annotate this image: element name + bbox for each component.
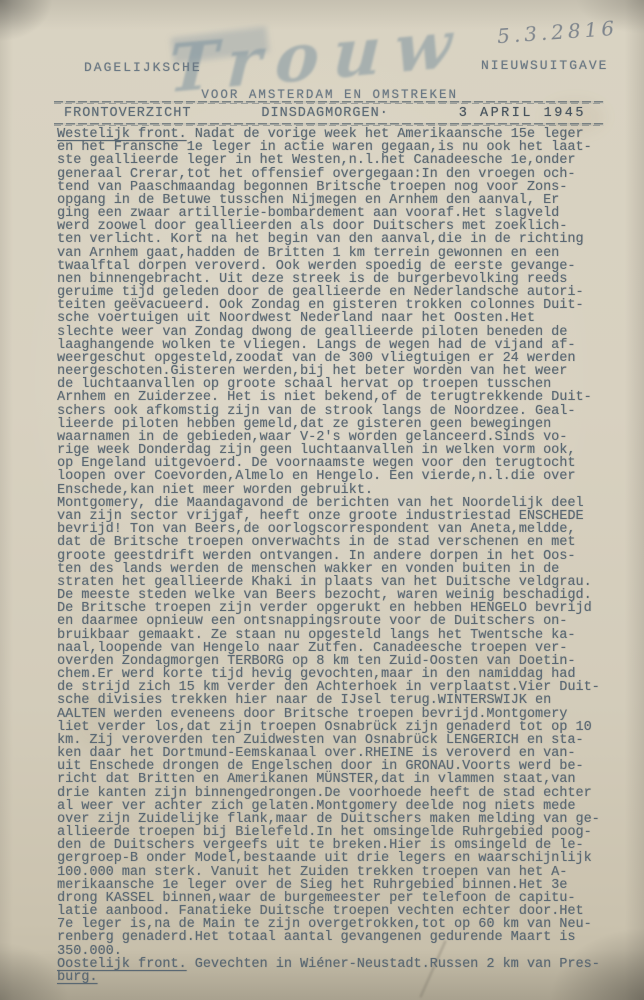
section-title-underlined: burg.: [57, 970, 98, 985]
body-text-line: AALTEN werden eveneens door Britsche tro…: [57, 708, 608, 721]
article-body: Westelijk front. Nadat de vorige week he…: [57, 128, 608, 984]
body-text-line: drie kanten zijn binnengedrongen.De voor…: [57, 787, 608, 800]
edition-header-row: FRONTOVERZICHT DINSDAGMORGEN· 3 APRIL 19…: [64, 106, 586, 121]
body-text-line: al weer ver achter zich gelaten.Montgome…: [57, 800, 608, 813]
body-text-line: loopen over Coevorden,Almelo en Hengelo.…: [57, 470, 608, 483]
body-text-line: naal,loopende van Hengelo naar Zutfen. C…: [57, 642, 608, 655]
body-text-line: 100.000 man sterk. Vanuit het Zuiden tre…: [57, 866, 608, 879]
scanned-newspaper-page: 5.3.2816 Trouw DAGELIJKSCHE NIEUWSUITGAV…: [0, 0, 644, 1000]
body-text-line: liet verder los,dat zijn troepen Osnabrü…: [57, 721, 608, 734]
body-text-line: renberg genaderd.Het totaal aantal gevan…: [57, 931, 608, 944]
body-text-line: richt dat Britten en Amerikanen MÜNSTER,…: [57, 773, 608, 786]
masthead-dagelijksche-label: DAGELIJKSCHE: [84, 60, 202, 75]
body-text-line: Enschede,kan niet meer worden gebruikt.: [57, 484, 608, 497]
body-text-line: sche voertuigen uit Noordwest Nederland …: [57, 312, 608, 325]
body-text-line: Arnhem en Zuiderzee. Het is niet bekend,…: [57, 391, 608, 404]
body-section-lead-line: Oostelijk front. Gevechten in Wiéner-Neu…: [57, 958, 608, 971]
body-text-line: lieerde piloten hebben gemeld,dat ze gis…: [57, 418, 608, 431]
masthead-subtitle: VOOR AMSTERDAM EN OMSTREKEN: [201, 88, 458, 102]
body-text-line: bruikbaar gemaakt. Ze staan nu opgesteld…: [57, 629, 608, 642]
masthead-nieuwsuitgave-label: NIEUWSUITGAVE: [481, 58, 608, 73]
header-date: 3 APRIL 1945: [459, 106, 586, 121]
body-text-line: merikaansche 1e leger over de Sieg het R…: [57, 879, 608, 892]
header-section-label: FRONTOVERZICHT: [64, 106, 191, 121]
body-text-line: laaghangende wolken te vliegen. Langs de…: [57, 339, 608, 352]
body-text-line: van Arnhem gaat,hadden de Britten 1 km t…: [57, 247, 608, 260]
body-text-line: groote geestdrift werden ontvangen. In a…: [57, 550, 608, 563]
body-text-line: twaalftal dorpen veroverd. Ook werden sp…: [57, 260, 608, 273]
body-text-line: en daarmee opnieuw een ontsnappingsroute…: [57, 615, 608, 628]
body-text-line: ten verlicht. Kort na het begin van den …: [57, 233, 608, 246]
body-text-line: sche divisies trekken hier naar de IJsel…: [57, 694, 608, 707]
header-edition-label: DINSDAGMORGEN·: [261, 106, 388, 121]
body-text-line: generaal Crerar,tot het offensief overge…: [57, 168, 608, 181]
body-text-line: slechte weer van Zondag dwong de geallie…: [57, 326, 608, 339]
divider-rule-top: [54, 101, 604, 105]
body-text-line: tend van Paaschmaandag begonnen Britsche…: [57, 181, 608, 194]
body-text-line: dat de Britsche troepen onverwachts in d…: [57, 536, 608, 549]
body-text-line: schers ook afkomstig zijn van de strook …: [57, 405, 608, 418]
body-text-line: gergroep-B onder Model,bestaande uit dri…: [57, 852, 608, 865]
body-section-lead-line: burg.: [57, 971, 608, 984]
handwritten-archive-number: 5.3.2816: [496, 16, 618, 48]
body-text-line: ste geallieerde leger in het Westen,n.l.…: [57, 154, 608, 167]
body-text-line: Montgomery, die Maandagavond de berichte…: [57, 497, 608, 510]
body-text-line: ten des lands werden de menschen wakker …: [57, 563, 608, 576]
